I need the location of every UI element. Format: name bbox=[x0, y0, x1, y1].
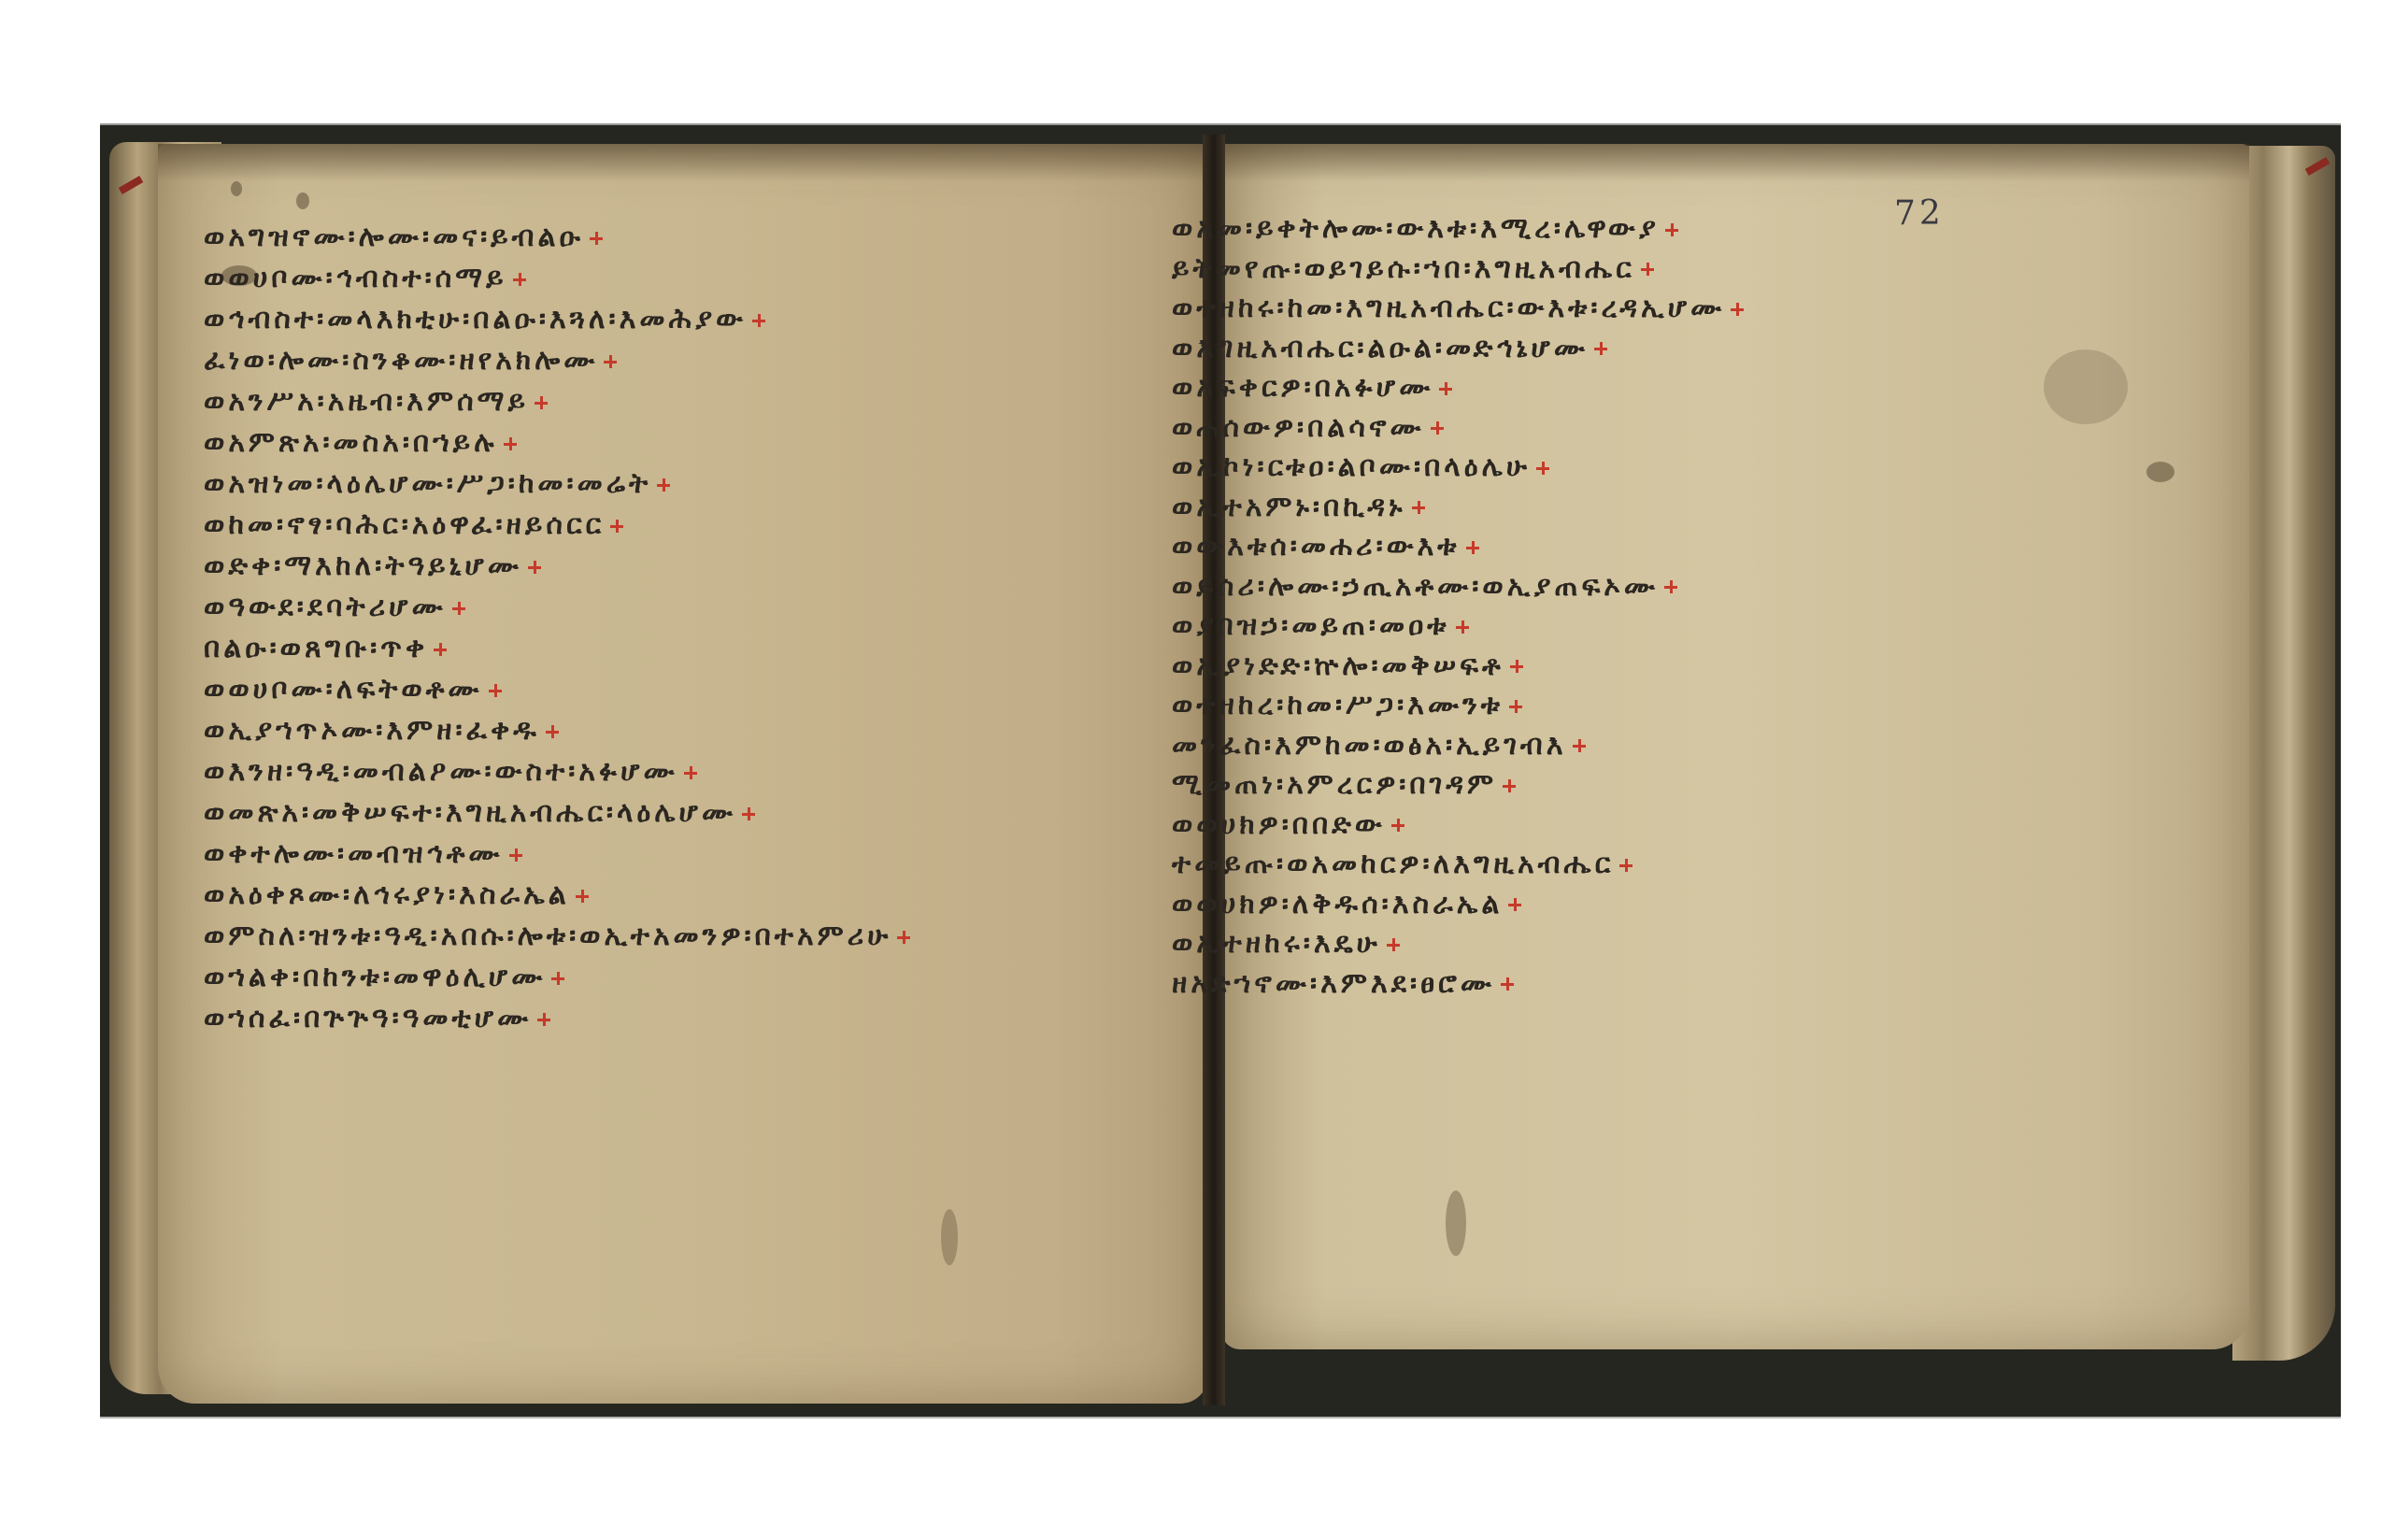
manuscript-line: ወእግዚአብሔር፡ልዑል፡መድኅኔሆሙ bbox=[1172, 329, 1744, 369]
line-text: በልዑ፡ወጸግቡ፡ጥቀ bbox=[204, 632, 428, 664]
line-text: ወመጽአ፡መቅሠፍተ፡እግዚአብሔር፡ላዕሌሆሙ bbox=[204, 796, 736, 829]
manuscript-line: ሚመጠነ፡አምረርዎ፡በገዳም bbox=[1172, 765, 1744, 806]
manuscript-line: ወወሀቦሙ፡ኅብስተ፡ሰማይ bbox=[204, 258, 910, 299]
line-text: ወቀተሎሙ፡መብዝኅቶሙ bbox=[204, 837, 504, 870]
rubricated-separator-icon bbox=[1536, 462, 1549, 475]
rubricated-separator-icon bbox=[1503, 779, 1516, 792]
line-text: ፈነወ፡ሎሙ፡ስንቆሙ፡ዘየአክሎሙ bbox=[204, 344, 598, 377]
manuscript-line: ወሐሰውዎ፡በልሳኖሙ bbox=[1172, 408, 1744, 449]
line-text: ወከመ፡ኖፃ፡ባሕር፡አዕዋፈ፡ዘይሰርር bbox=[204, 508, 605, 541]
rubricated-separator-icon bbox=[1439, 382, 1452, 395]
line-text: ሚመጠነ፡አምረርዎ፡በገዳም bbox=[1172, 768, 1497, 801]
rubricated-separator-icon bbox=[1431, 421, 1444, 435]
line-text: ወዓውደ፡ደባትሪሆሙ bbox=[204, 591, 447, 623]
smudge bbox=[941, 1209, 958, 1265]
rubricated-separator-icon bbox=[513, 273, 526, 286]
manuscript-line: ወአዝነመ፡ላዕሌሆሙ፡ሥጋ፡ከመ፡መሬት bbox=[204, 463, 910, 505]
smudge bbox=[1446, 1191, 1466, 1256]
line-text: ወእንዘ፡ዓዲ፡መብልዖሙ፡ውስተ፡አፉሆሙ bbox=[204, 755, 678, 788]
line-text: ተመይጡ፡ወአመከርዎ፡ለእግዚአብሔር bbox=[1172, 848, 1614, 880]
rubricated-separator-icon bbox=[657, 478, 670, 492]
manuscript-line: ወውእቱሰ፡መሐሪ፡ውእቱ bbox=[1172, 527, 1744, 567]
line-text: ወኀሰፈ፡በጕጕዓ፡ዓመቲሆሙ bbox=[204, 1002, 532, 1034]
line-text: ወወሀቦሙ፡ለፍትወቶሙ bbox=[204, 673, 483, 706]
manuscript-line: ወቀተሎሙ፡መብዝኅቶሙ bbox=[204, 834, 910, 875]
line-text: ወኢያነድድ፡ኵሎ፡መቅሠፍቶ bbox=[1172, 649, 1504, 682]
manuscript-line: ወኢያኀጥኦሙ፡እምዘ፡ፈቀዱ bbox=[204, 710, 910, 751]
manuscript-line: ይትመየጡ፡ወይገይሱ፡ኀበ፡እግዚአብሔር bbox=[1172, 250, 1744, 290]
rubricated-separator-icon bbox=[1664, 580, 1677, 593]
rubricated-separator-icon bbox=[604, 355, 617, 368]
rubricated-separator-icon bbox=[1619, 859, 1632, 872]
manuscript-line: ወተዘከሩ፡ከመ፡እግዚአብሔር፡ውእቱ፡ረዳኢሆሙ bbox=[1172, 289, 1744, 329]
manuscript-line: ወኀልቀ፡በከንቱ፡መዋዕሊሆሙ bbox=[204, 957, 910, 998]
manuscript-line: ወአዕቀጾሙ፡ለኅሩያነ፡እስራኤል bbox=[204, 875, 910, 916]
line-text: ወአግዝኖሙ፡ሎሙ፡መና፡ይብልዑ bbox=[204, 221, 584, 253]
line-text: ወወሀክዎ፡ለቅዱሰ፡እስራኤል bbox=[1172, 888, 1503, 920]
rubricated-separator-icon bbox=[546, 725, 559, 738]
manuscript-line: ወወሀክዎ፡ለቅዱሰ፡እስራኤል bbox=[1172, 885, 1744, 925]
line-text: ወተዘከረ፡ከመ፡ሥጋ፡እሙንቱ bbox=[1172, 689, 1504, 721]
line-text: ወእግዚአብሔር፡ልዑል፡መድኅኔሆሙ bbox=[1172, 332, 1589, 364]
ink-blot bbox=[231, 181, 242, 196]
manuscript-line: ተመይጡ፡ወአመከርዎ፡ለእግዚአብሔር bbox=[1172, 845, 1744, 885]
manuscript-line: ወአፍቀርዎ፡በአፉሆሙ bbox=[1172, 368, 1744, 408]
rubricated-separator-icon bbox=[528, 561, 541, 574]
rubricated-separator-icon bbox=[1641, 263, 1654, 276]
line-text: ወያበዝኃ፡መይጠ፡መዐቱ bbox=[1172, 609, 1450, 642]
rubricated-separator-icon bbox=[610, 520, 623, 533]
rubricated-separator-icon bbox=[504, 437, 517, 450]
line-text: ወአመ፡ይቀትሎሙ፡ውእቱ፡እሚረ፡ሌዋውያ bbox=[1172, 212, 1660, 245]
manuscript-line: በልዑ፡ወጸግቡ፡ጥቀ bbox=[204, 628, 910, 669]
ink-blot bbox=[2146, 462, 2174, 482]
water-stain bbox=[2044, 349, 2128, 424]
rubricated-separator-icon bbox=[752, 314, 765, 327]
folio-number: 72 bbox=[1894, 194, 1945, 233]
rubricated-separator-icon bbox=[1731, 303, 1744, 316]
right-page-text: ወአመ፡ይቀትሎሙ፡ውእቱ፡እሚረ፡ሌዋውያይትመየጡ፡ወይገይሱ፡ኀበ፡እግዚ… bbox=[1172, 209, 1744, 1004]
rubricated-separator-icon bbox=[1501, 977, 1514, 991]
line-text: ወሐሰውዎ፡በልሳኖሙ bbox=[1172, 411, 1425, 444]
manuscript-line: ወአግዝኖሙ፡ሎሙ፡መና፡ይብልዑ bbox=[204, 217, 910, 258]
rubricated-separator-icon bbox=[1510, 660, 1523, 673]
line-text: ይትመየጡ፡ወይገይሱ፡ኀበ፡እግዚአብሔር bbox=[1172, 252, 1635, 285]
rubricated-separator-icon bbox=[489, 684, 502, 697]
rubricated-separator-icon bbox=[1594, 342, 1607, 355]
manuscript-line: ወአምጽአ፡መስአ፡በኀይሉ bbox=[204, 422, 910, 463]
rubricated-separator-icon bbox=[1466, 541, 1479, 554]
line-text: ወአፍቀርዎ፡በአፉሆሙ bbox=[1172, 371, 1433, 404]
line-text: ወኢኮነ፡ርቱዐ፡ልቦሙ፡በላዕሌሁ bbox=[1172, 450, 1531, 483]
line-text: ወምስለ፡ዝንቱ፡ዓዲ፡አበሱ፡ሎቱ፡ወኢተአመንዎ፡በተአምሪሁ bbox=[204, 920, 891, 952]
manuscript-line: ወኀሰፈ፡በጕጕዓ፡ዓመቲሆሙ bbox=[204, 998, 910, 1039]
manuscript-line: ወኅብስተ፡መላእክቲሁ፡በልዑ፡እጓለ፡እመሕያው bbox=[204, 299, 910, 340]
rubricated-separator-icon bbox=[1509, 700, 1522, 713]
manuscript-line: ወዓውደ፡ደባትሪሆሙ bbox=[204, 587, 910, 628]
manuscript-line: ወይሰሪ፡ሎሙ፡ኃጢአቶሙ፡ወኢያጠፍኦሙ bbox=[1172, 567, 1744, 607]
line-text: ወአንሥአ፡አዜብ፡እምሰማይ bbox=[204, 385, 529, 418]
line-text: ወኢያኀጥኦሙ፡እምዘ፡ፈቀዱ bbox=[204, 714, 540, 747]
line-text: ወኅብስተ፡መላእክቲሁ፡በልዑ፡እጓለ፡እመሕያው bbox=[204, 303, 747, 335]
manuscript-line: ወመጽአ፡መቅሠፍተ፡እግዚአብሔር፡ላዕሌሆሙ bbox=[204, 792, 910, 834]
rubricated-separator-icon bbox=[897, 931, 910, 944]
manuscript-line: መንፈስ፡እምከመ፡ወፅአ፡ኢይገብእ bbox=[1172, 726, 1744, 766]
rubricated-separator-icon bbox=[742, 807, 755, 820]
manuscript-line: ወወሀቦሙ፡ለፍትወቶሙ bbox=[204, 669, 910, 710]
rubricated-separator-icon bbox=[434, 643, 447, 656]
line-text: ወወሀክዎ፡በበድው bbox=[1172, 808, 1386, 841]
line-text: ወድቀ፡ማእከለ፡ትዓይኒሆሙ bbox=[204, 549, 522, 582]
rubricated-separator-icon bbox=[1573, 739, 1586, 752]
manuscript-line: ወተዘከረ፡ከመ፡ሥጋ፡እሙንቱ bbox=[1172, 686, 1744, 726]
manuscript-line: ፈነወ፡ሎሙ፡ስንቆሙ፡ዘየአክሎሙ bbox=[204, 340, 910, 381]
top-stain bbox=[158, 144, 1208, 181]
manuscript-line: ወእንዘ፡ዓዲ፡መብልዖሙ፡ውስተ፡አፉሆሙ bbox=[204, 751, 910, 792]
line-text: ወአዝነመ፡ላዕሌሆሙ፡ሥጋ፡ከመ፡መሬት bbox=[204, 467, 651, 500]
rubricated-separator-icon bbox=[509, 848, 522, 862]
line-text: ወአዕቀጾሙ፡ለኅሩያነ፡እስራኤል bbox=[204, 878, 570, 911]
manuscript-line: ወወሀክዎ፡በበድው bbox=[1172, 806, 1744, 846]
rubricated-separator-icon bbox=[535, 396, 548, 409]
top-stain bbox=[1221, 144, 2249, 181]
line-text: ወተዘከሩ፡ከመ፡እግዚአብሔር፡ውእቱ፡ረዳኢሆሙ bbox=[1172, 292, 1725, 324]
rubricated-separator-icon bbox=[684, 766, 697, 779]
manuscript-line: ወያበዝኃ፡መይጠ፡መዐቱ bbox=[1172, 606, 1744, 647]
manuscript-line: ወኢኮነ፡ርቱዐ፡ልቦሙ፡በላዕሌሁ bbox=[1172, 448, 1744, 488]
rubricated-separator-icon bbox=[1456, 620, 1469, 634]
line-text: ወአምጽአ፡መስአ፡በኀይሉ bbox=[204, 426, 498, 459]
line-text: ወይሰሪ፡ሎሙ፡ኃጢአቶሙ፡ወኢያጠፍኦሙ bbox=[1172, 570, 1659, 603]
manuscript-line: ወአመ፡ይቀትሎሙ፡ውእቱ፡እሚረ፡ሌዋውያ bbox=[1172, 209, 1744, 250]
line-text: ወወሀቦሙ፡ኅብስተ፡ሰማይ bbox=[204, 262, 507, 294]
line-text: ወኢተአምኑ፡በኪዳኑ bbox=[1172, 491, 1406, 523]
rubricated-separator-icon bbox=[1387, 938, 1400, 951]
manuscript-line: ወምስለ፡ዝንቱ፡ዓዲ፡አበሱ፡ሎቱ፡ወኢተአመንዎ፡በተአምሪሁ bbox=[204, 916, 910, 957]
manuscript-line: ወኢያነድድ፡ኵሎ፡መቅሠፍቶ bbox=[1172, 647, 1744, 687]
rubricated-separator-icon bbox=[1391, 819, 1404, 832]
left-page-text: ወአግዝኖሙ፡ሎሙ፡መና፡ይብልዑወወሀቦሙ፡ኅብስተ፡ሰማይወኅብስተ፡መላእ… bbox=[204, 217, 910, 1039]
line-text: ወኢተዘከሩ፡እዴሁ bbox=[1172, 927, 1381, 960]
manuscript-line: ወድቀ፡ማእከለ፡ትዓይኒሆሙ bbox=[204, 546, 910, 587]
rubricated-separator-icon bbox=[1665, 223, 1678, 236]
ink-blot bbox=[296, 192, 309, 209]
rubricated-separator-icon bbox=[1412, 501, 1425, 514]
manuscript-line: ወኢተዘከሩ፡እዴሁ bbox=[1172, 924, 1744, 964]
rubricated-separator-icon bbox=[1508, 898, 1521, 911]
line-text: ወኀልቀ፡በከንቱ፡መዋዕሊሆሙ bbox=[204, 961, 546, 993]
line-text: ዘአድኀኖሙ፡እምእደ፡ፀሮሙ bbox=[1172, 967, 1495, 1000]
manuscript-line: ወኢተአምኑ፡በኪዳኑ bbox=[1172, 488, 1744, 528]
manuscript-line: ዘአድኀኖሙ፡እምእደ፡ፀሮሙ bbox=[1172, 964, 1744, 1005]
rubricated-separator-icon bbox=[551, 972, 564, 985]
manuscript-line: ወከመ፡ኖፃ፡ባሕር፡አዕዋፈ፡ዘይሰርር bbox=[204, 505, 910, 546]
line-text: መንፈስ፡እምከመ፡ወፅአ፡ኢይገብእ bbox=[1172, 729, 1567, 762]
rubricated-separator-icon bbox=[576, 890, 589, 903]
manuscript-line: ወአንሥአ፡አዜብ፡እምሰማይ bbox=[204, 381, 910, 422]
rubricated-separator-icon bbox=[452, 602, 465, 615]
line-text: ወውእቱሰ፡መሐሪ፡ውእቱ bbox=[1172, 530, 1461, 563]
rubricated-separator-icon bbox=[590, 232, 603, 245]
rubricated-separator-icon bbox=[537, 1013, 550, 1026]
